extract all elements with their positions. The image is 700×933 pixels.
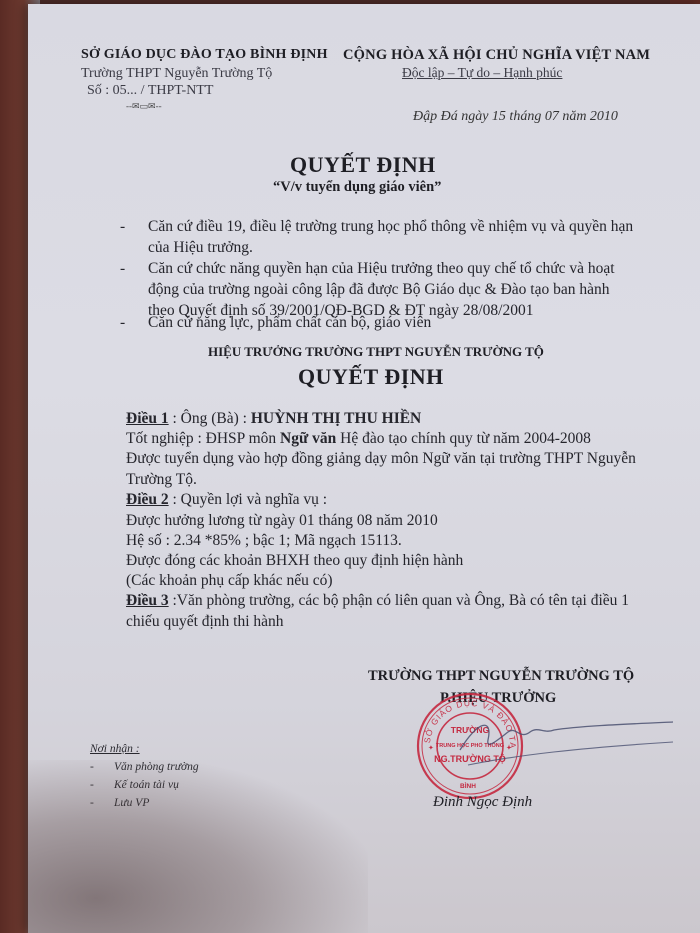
bullet-dash: - (90, 797, 114, 809)
recipients-label: Nơi nhận : (90, 743, 140, 755)
nation-title: CỘNG HÒA XÃ HỘI CHỦ NGHĨA VIỆT NAM (343, 47, 650, 64)
bullet-dash: - (120, 258, 125, 279)
document-title: QUYẾT ĐỊNH (290, 152, 436, 178)
article-1-graduation: Tốt nghiệp : ĐHSP môn Ngữ văn Hệ đào tạo… (126, 428, 591, 449)
preamble-item-1: - Căn cứ điều 19, điều lệ trường trung h… (120, 216, 633, 258)
preamble-line: động của trường ngoài công lập đã được B… (148, 279, 615, 300)
ornament-divider: --✉▭✉-- (126, 101, 162, 112)
signer-name: Đinh Ngọc Định (433, 794, 532, 811)
recipient-text: Lưu VP (114, 797, 149, 809)
preamble-line: Căn cứ điều 19, điều lệ trường trung học… (148, 216, 633, 237)
agency-name: SỞ GIÁO DỤC ĐÀO TẠO BÌNH ĐỊNH (81, 47, 328, 63)
article-1-heading: Điều 1 : Ông (Bà) : HUỲNH THỊ THU HIỀN (126, 408, 421, 429)
recipient-item: -Kế toán tài vụ (90, 779, 179, 791)
school-name: Trường THPT Nguyễn Trường Tộ (81, 66, 272, 82)
bullet-dash: - (90, 761, 114, 773)
article-3-heading: Điều 3 :Văn phòng trường, các bộ phận có… (126, 590, 629, 611)
preamble-item-3: - Căn cứ năng lực, phẩm chất cán bộ, giá… (120, 312, 431, 333)
subject-name: Ngữ văn (280, 430, 336, 447)
article-2-line-4: Được đóng các khoản BHXH theo quy định h… (126, 550, 463, 571)
svg-text:BÌNH: BÌNH (460, 781, 476, 790)
article-3-label: Điều 3 (126, 592, 169, 609)
bullet-dash: - (90, 779, 114, 791)
svg-text:✦: ✦ (428, 744, 434, 752)
document-subject: “V/v tuyển dụng giáo viên” (273, 179, 441, 196)
handwritten-signature-icon (458, 710, 678, 780)
preamble-line: của Hiệu trưởng. (148, 237, 633, 258)
bullet-dash: - (120, 312, 125, 333)
national-motto: Độc lập – Tự do – Hạnh phúc (402, 65, 562, 81)
recipient-text: Kế toán tài vụ (114, 779, 179, 791)
recipient-item: -Văn phòng trường (90, 761, 199, 773)
article-1-label: Điều 1 (126, 410, 169, 427)
article-2-line-3: Hệ số : 2.34 *85% ; bậc 1; Mã ngạch 1511… (126, 530, 402, 551)
text-span: Hệ đào tạo chính quy từ năm 2004-2008 (336, 430, 591, 447)
document-page: SỞ GIÁO DỤC ĐÀO TẠO BÌNH ĐỊNH Trường THP… (28, 4, 700, 933)
preamble-line: Căn cứ năng lực, phẩm chất cán bộ, giáo … (148, 312, 431, 333)
recipient-item: -Lưu VP (90, 797, 149, 809)
article-1-sep: : Ông (Bà) : (169, 410, 251, 427)
article-2-sep: : Quyền lợi và nghĩa vụ : (169, 491, 327, 508)
article-3-line-2: chiếu quyết định thi hành (126, 611, 284, 632)
article-3-sep: :Văn phòng trường, các bộ phận có liên q… (169, 592, 629, 609)
article-1-line-3: Được tuyển dụng vào hợp đồng giảng dạy m… (126, 448, 636, 469)
article-1-line-4: Trường Tộ. (126, 469, 197, 490)
recipient-text: Văn phòng trường (114, 761, 199, 773)
preamble-line: Căn cứ chức năng quyền hạn của Hiệu trưở… (148, 258, 615, 279)
article-2-heading: Điều 2 : Quyền lợi và nghĩa vụ : (126, 489, 327, 510)
authority-line: HIỆU TRƯỞNG TRƯỜNG THPT NGUYỄN TRƯỜNG TỘ (208, 344, 544, 360)
document-number: Số : 05... / THPT-NTT (87, 83, 213, 99)
article-2-line-5: (Các khoản phụ cấp khác nếu có) (126, 570, 333, 591)
bullet-dash: - (120, 216, 125, 237)
article-2-line-2: Được hưởng lương từ ngày 01 tháng 08 năm… (126, 510, 438, 531)
text-span: Tốt nghiệp : ĐHSP môn (126, 430, 280, 447)
signature-org: TRƯỜNG THPT NGUYỄN TRƯỜNG TỘ (368, 668, 634, 685)
appointee-name: HUỲNH THỊ THU HIỀN (251, 410, 421, 427)
place-date: Đập Đá ngày 15 tháng 07 năm 2010 (413, 109, 618, 125)
decision-heading: QUYẾT ĐỊNH (298, 364, 444, 390)
article-2-label: Điều 2 (126, 491, 169, 508)
